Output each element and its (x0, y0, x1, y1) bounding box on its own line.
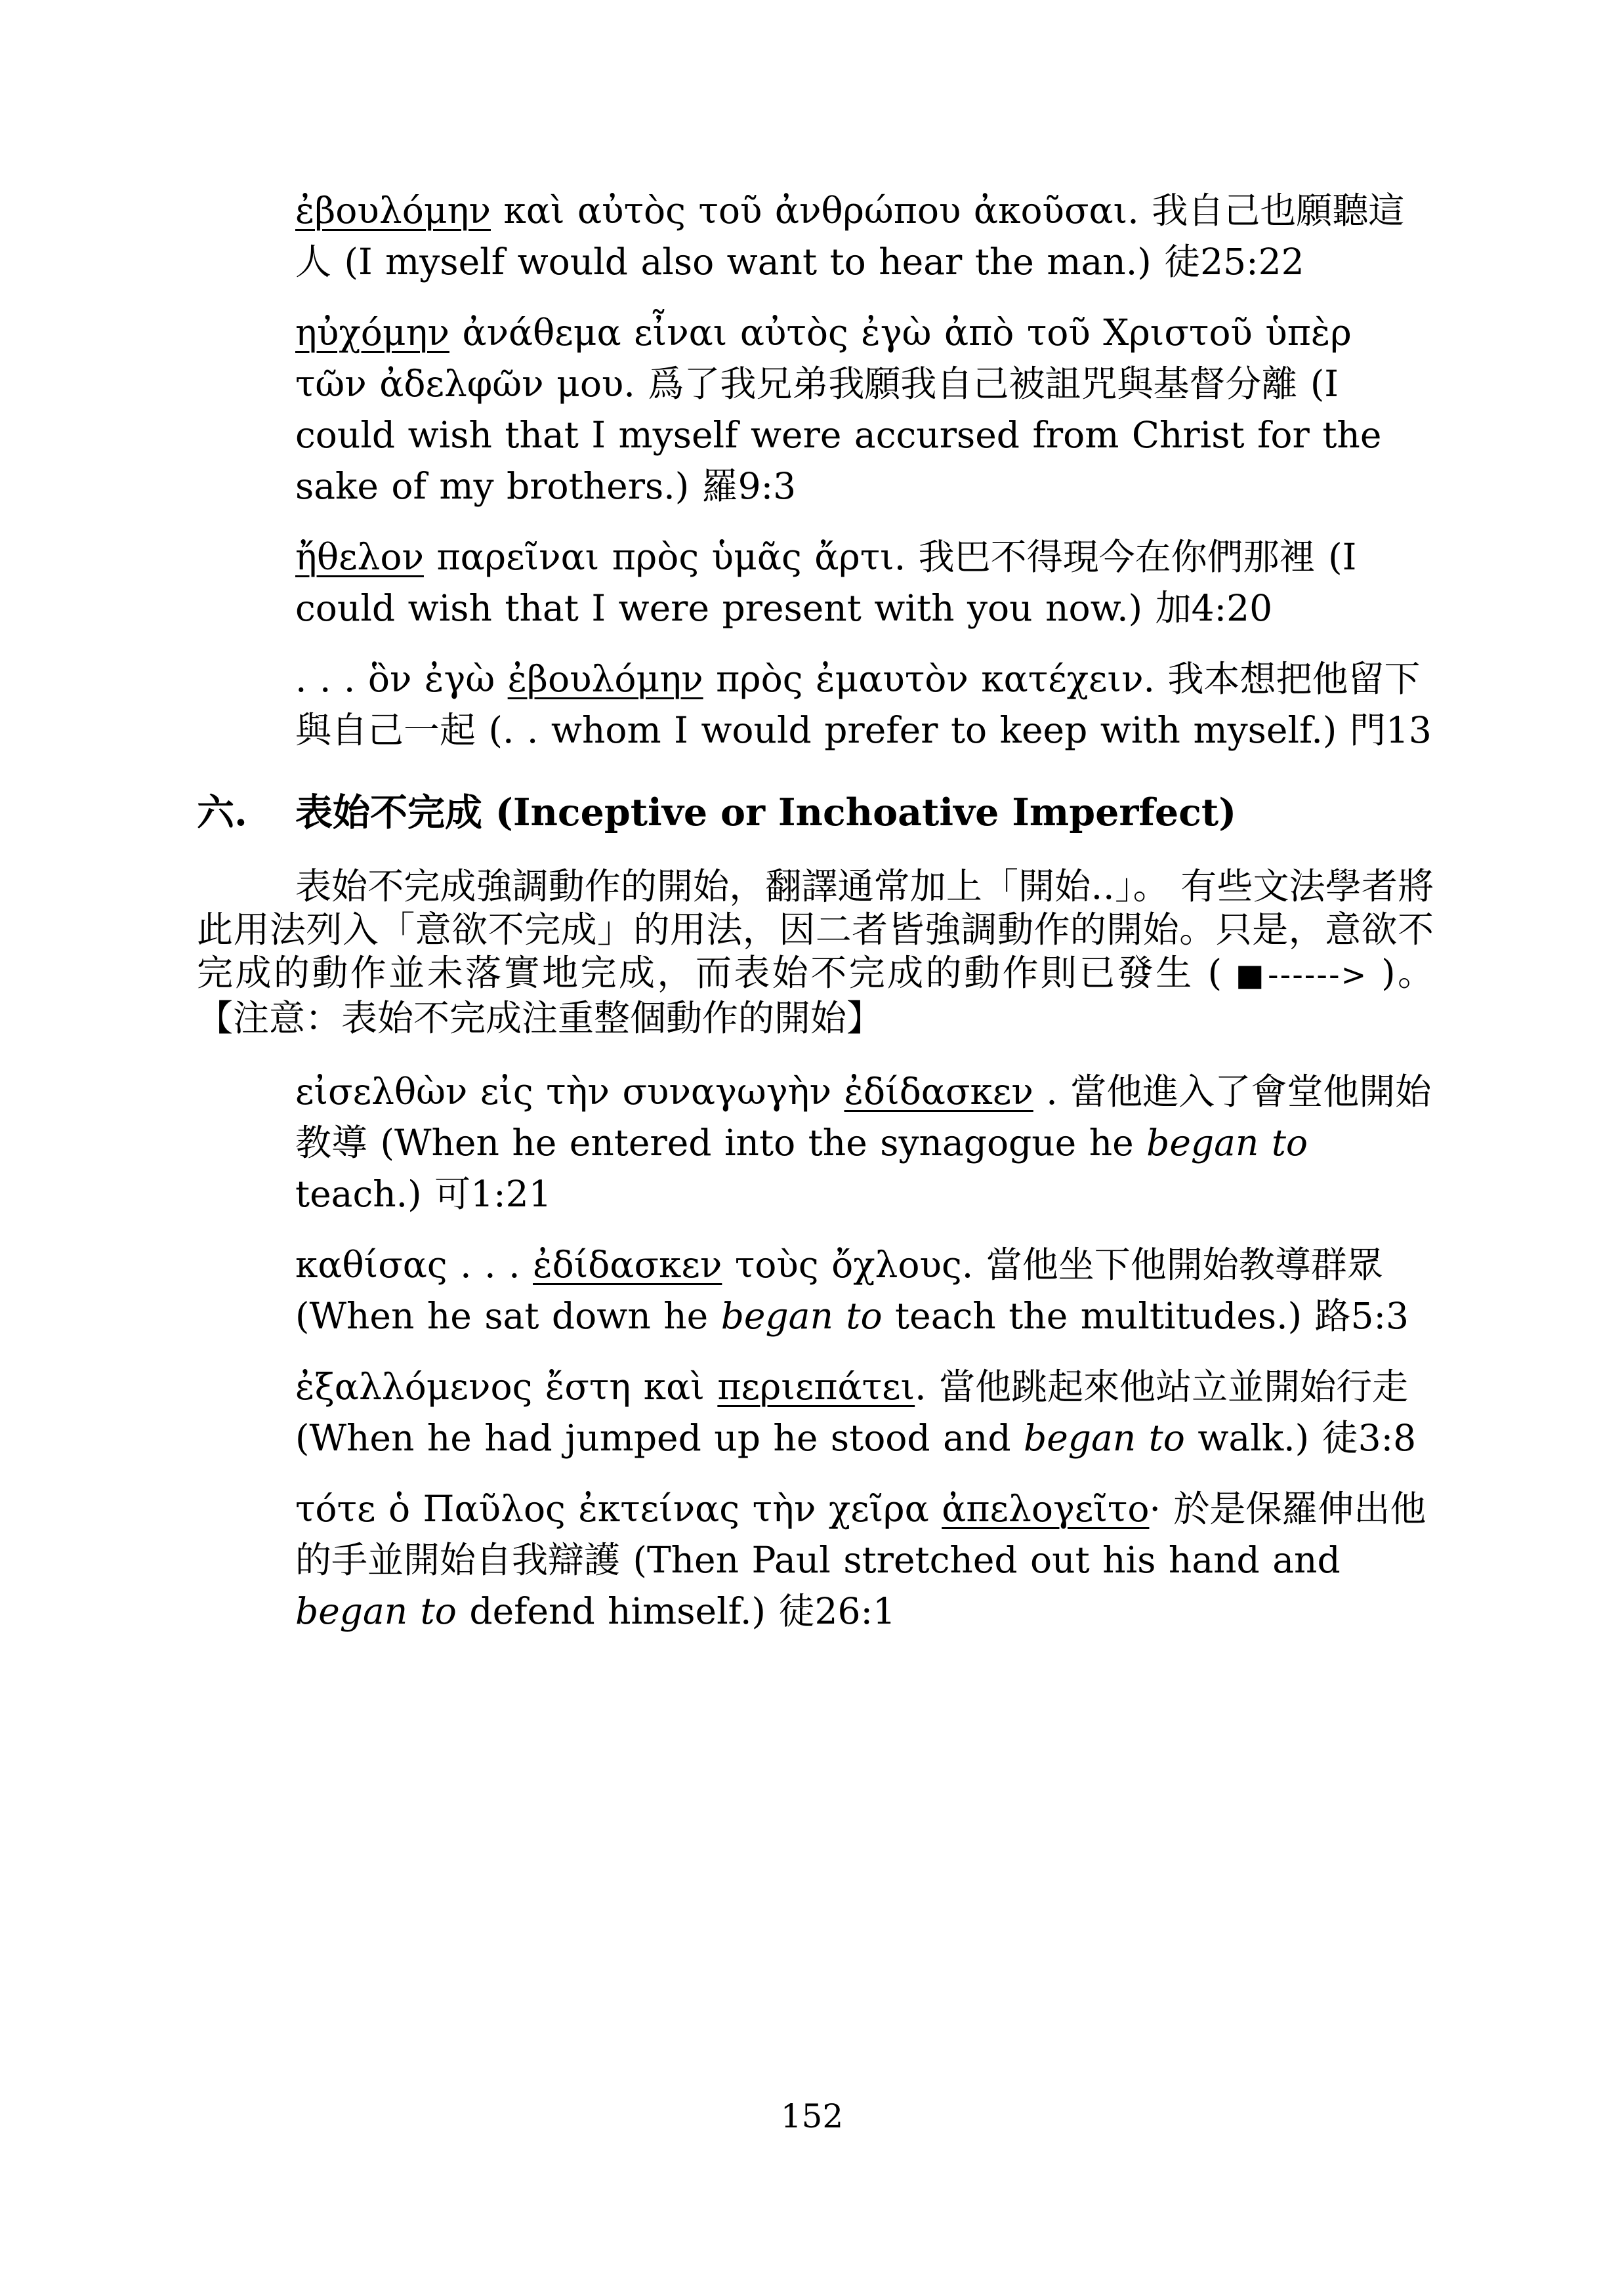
page-content: ἐβουλόμην καὶ αὐτὸς τοῦ ἀνθρώπου ἀκοῦσαι… (197, 185, 1434, 1656)
page-number: 152 (0, 2097, 1624, 2136)
explanation-paragraph: 表始不完成強調動作的開始，翻譯通常加上「開始‥」。 有些文法學者將此用法列入「意… (197, 865, 1434, 1040)
inceptive-arrow-symbol: ■------> (1236, 957, 1367, 993)
greek-example-paragraph: καθίσας . . . ἐδίδασκεν τοὺς ὄχλους. 當他坐… (295, 1239, 1434, 1342)
section-heading: 六.表始不完成 (Inceptive or Inchoative Imperfe… (197, 787, 1434, 838)
document-page: ἐβουλόμην καὶ αὐτὸς τοῦ ἀνθρώπου ἀκοῦσαι… (0, 0, 1624, 2296)
greek-example-paragraph: ἐξαλλόμενος ἔστη καὶ περιεπάτει. 當他跳起來他站… (295, 1361, 1434, 1464)
greek-example-paragraph: ἐβουλόμην καὶ αὐτὸς τοῦ ἀνθρώπου ἀκοῦσαι… (295, 185, 1434, 287)
greek-example-paragraph: ηὐχόμην ἀνάθεμα εἶναι αὐτὸς ἐγὼ ἀπὸ τοῦ … (295, 307, 1434, 512)
section-title: 表始不完成 (Inceptive or Inchoative Imperfect… (295, 790, 1236, 834)
section-number: 六. (197, 787, 295, 838)
greek-example-paragraph: . . . ὃν ἐγὼ ἐβουλόμην πρὸς ἐμαυτὸν κατέ… (295, 653, 1434, 756)
greek-example-paragraph: τότε ὁ Παῦλος ἐκτείνας τὴν χεῖρα ἀπελογε… (295, 1483, 1434, 1637)
greek-example-paragraph: ἤθελον παρεῖναι πρὸς ὑμᾶς ἄρτι. 我巴不得現今在你… (295, 531, 1434, 634)
greek-example-paragraph: εἰσελθὼν εἰς τὴν συναγωγὴν ἐδίδασκεν . 當… (295, 1066, 1434, 1220)
